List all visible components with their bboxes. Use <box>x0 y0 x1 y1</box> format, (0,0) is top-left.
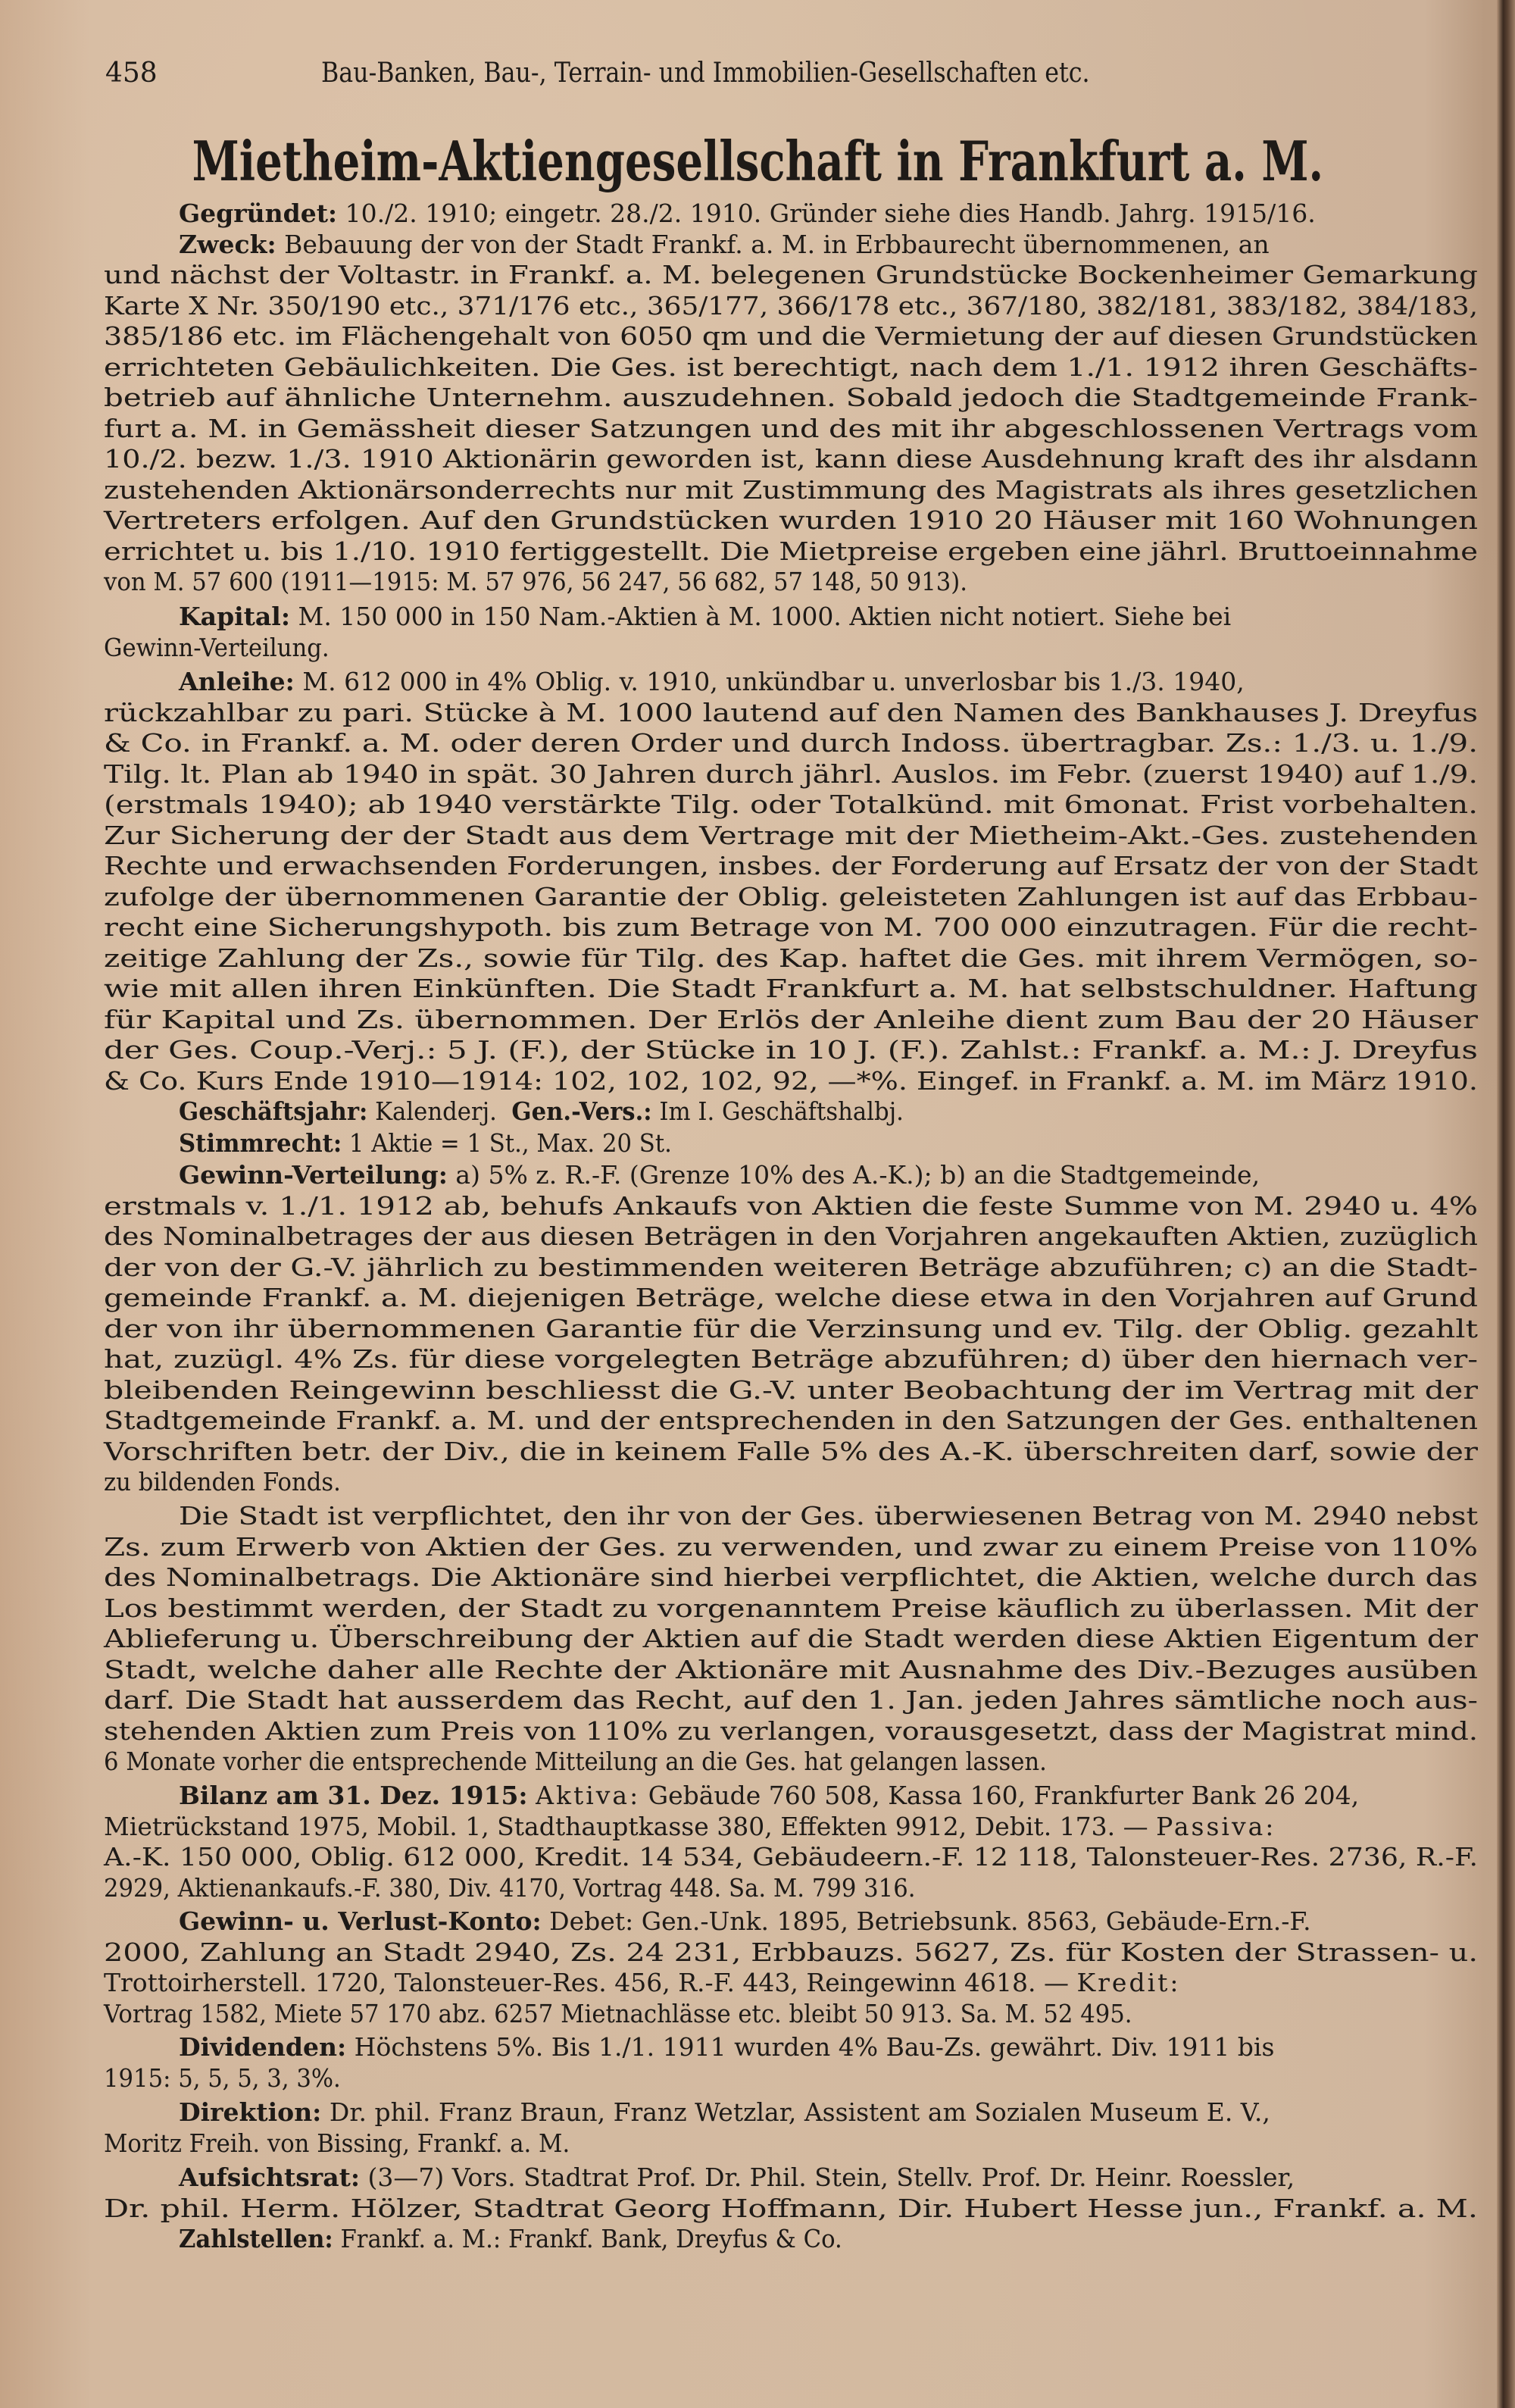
text-line: (3—7) Vors. Stadtrat Prof. Dr. Phil. Ste… <box>368 2163 1295 2192</box>
aktiva-label: Aktiva: <box>536 1781 640 1810</box>
text-line: 10./2. 1910; eingetr. 28./2. 1910. Gründ… <box>345 199 1316 228</box>
text-line: Dr. phil. Herm. Hölzer, Stadtrat Georg H… <box>104 2194 1478 2224</box>
company-title: Mietheim-Aktiengesellschaft in Frankfurt… <box>192 129 1323 193</box>
text-line: Gewinn-Verteilung. <box>104 633 1478 663</box>
text-line: Karte X Nr. 350/190 etc., 371/176 etc., … <box>104 291 1478 321</box>
text-line: bleibenden Reingewinn beschliesst die G.… <box>104 1375 1478 1406</box>
text-line: A.-K. 150 000, Oblig. 612 000, Kredit. 1… <box>104 1842 1478 1872</box>
text-line: zustehenden Aktionärsonderrechts nur mit… <box>104 475 1478 505</box>
section-label: Geschäftsjahr: <box>179 1096 367 1126</box>
text-line: der von der G.-V. jährlich zu bestimmend… <box>104 1252 1478 1283</box>
section-label: Gen.-Vers.: <box>511 1096 651 1126</box>
text-line: Stadt, welche daher alle Rechte der Akti… <box>104 1655 1478 1685</box>
text-line: des Nominalbetrages der aus diesen Beträ… <box>104 1221 1478 1252</box>
text-line: stehenden Aktien zum Preis von 110% zu v… <box>104 1716 1478 1747</box>
passiva-label: Passiva: <box>1156 1812 1276 1841</box>
text-line: & Co. in Frankf. a. M. oder deren Order … <box>104 728 1478 758</box>
text-line: M. 150 000 in 150 Nam.-Aktien à M. 1000.… <box>298 602 1232 631</box>
text-line: erstmals v. 1./1. 1912 ab, behufs Ankauf… <box>104 1191 1478 1221</box>
text-line: gemeinde Frankf. a. M. diejenigen Beträg… <box>104 1283 1478 1313</box>
text-line: darf. Die Stadt hat ausserdem das Recht,… <box>104 1685 1478 1715</box>
text-line: Zs. zum Erwerb von Aktien der Ges. zu ve… <box>104 1532 1478 1562</box>
section-label: Zahlstellen: <box>179 2224 333 2253</box>
text-line: Mietrückstand 1975, Mobil. 1, Stadthaupt… <box>104 1812 1148 1841</box>
page-edge <box>1497 0 1515 2408</box>
page-title: Mietheim-Aktiengesellschaft in Frankfurt… <box>0 129 1515 193</box>
text-line: Vorschriften betr. der Div., die in kein… <box>104 1437 1478 1467</box>
section-anleihe: Anleihe: M. 612 000 in 4% Oblig. v. 1910… <box>179 667 1478 697</box>
page-header: 458 Bau-Banken, Bau-, Terrain- und Immob… <box>105 58 1257 95</box>
text-line: 10./2. bezw. 1./3. 1910 Aktionärin gewor… <box>104 444 1478 474</box>
text-line: betrieb auf ähnliche Unternehm. auszudeh… <box>104 383 1478 413</box>
text-line: M. 612 000 in 4% Oblig. v. 1910, unkündb… <box>302 667 1244 696</box>
text-line: für Kapital und Zs. übernommen. Der Erlö… <box>104 1005 1478 1035</box>
text-line: Gen.-Unk. 1895, Betriebsunk. 8563, Gebäu… <box>642 1906 1311 1936</box>
text-line: Zur Sicherung der der Stadt aus dem Vert… <box>104 821 1478 851</box>
text-line: Vortrag 1582, Miete 57 170 abz. 6257 Mie… <box>104 1999 1478 2029</box>
text-line: Bebauung der von der Stadt Frankf. a. M.… <box>284 230 1270 259</box>
text-line: und nächst der Voltastr. in Frankf. a. M… <box>104 260 1478 290</box>
section-label: Gegründet: <box>179 199 337 228</box>
text-line: Höchstens 5%. Bis 1./1. 1911 wurden 4% B… <box>355 2032 1275 2062</box>
text-value: Im I. Geschäftshalbj. <box>659 1096 904 1126</box>
section-gewinn-verteilung: Gewinn-Verteilung: a) 5% z. R.-F. (Grenz… <box>179 1160 1478 1190</box>
section-gewinn-verlust: Gewinn- u. Verlust-Konto: Debet: Gen.-Un… <box>179 1906 1478 1937</box>
text-line: von M. 57 600 (1911—1915: M. 57 976, 56 … <box>104 567 1478 597</box>
text-line: 2000, Zahlung an Stadt 2940, Zs. 24 231,… <box>104 1937 1478 1968</box>
text-line: Los bestimmt werden, der Stadt zu vorgen… <box>104 1593 1478 1624</box>
section-bilanz: Bilanz am 31. Dez. 1915: Aktiva: Gebäude… <box>179 1781 1478 1811</box>
section-label: Zweck: <box>179 230 276 259</box>
text-line: des Nominalbetrags. Die Aktionäre sind h… <box>104 1562 1478 1593</box>
text-line: 2929, Aktienankaufs.-F. 380, Div. 4170, … <box>104 1873 1478 1903</box>
section-label: Aufsichtsrat: <box>179 2163 360 2192</box>
text-line: Trottoirherstell. 1720, Talonsteuer-Res.… <box>104 1968 1069 1997</box>
text-line: zufolge der übernommenen Garantie der Ob… <box>104 882 1478 912</box>
text-line: Vertreters erfolgen. Auf den Grundstücke… <box>104 505 1478 536</box>
section-direktion: Direktion: Dr. phil. Franz Braun, Franz … <box>179 2097 1478 2128</box>
text-line: Stadtgemeinde Frankf. a. M. und der ents… <box>104 1406 1478 1436</box>
section-label: Kapital: <box>179 602 290 631</box>
text-line: Rechte und erwachsenden Forderungen, ins… <box>104 851 1478 881</box>
section-gegruendet: Gegründet: 10./2. 1910; eingetr. 28./2. … <box>179 199 1478 229</box>
text-line: Moritz Freih. von Bissing, Frankf. a. M. <box>104 2128 1478 2159</box>
text-line: hat, zuzügl. 4% Zs. für diese vorgelegte… <box>104 1344 1478 1374</box>
section-zahlstellen: Zahlstellen: Frankf. a. M.: Frankf. Bank… <box>179 2224 1478 2254</box>
section-stimmrecht: Stimmrecht: 1 Aktie = 1 St., Max. 20 St. <box>179 1128 1478 1159</box>
section-label: Anleihe: <box>179 667 295 696</box>
text-line: Gebäude 760 508, Kassa 160, Frankfurter … <box>648 1781 1359 1810</box>
text-line: 385/186 etc. im Flächengehalt von 6050 q… <box>104 321 1478 352</box>
section-label: Direktion: <box>179 2097 321 2127</box>
debet-label: Debet: <box>549 1906 633 1936</box>
text-line: Trottoirherstell. 1720, Talonsteuer-Res.… <box>104 1968 1478 1998</box>
text-line: zu bildenden Fonds. <box>104 1467 1478 1497</box>
text-line: (erstmals 1940); ab 1940 verstärkte Tilg… <box>104 790 1478 820</box>
text-value: Kalenderj. <box>375 1096 497 1126</box>
text-line: errichtet u. bis 1./10. 1910 fertiggeste… <box>104 536 1478 567</box>
section-label: Gewinn-Verteilung: <box>179 1160 448 1190</box>
text-line: wie mit allen ihren Einkünften. Die Stad… <box>104 974 1478 1004</box>
page-number: 458 <box>105 58 158 89</box>
text-line: errichteten Gebäulichkeiten. Die Ges. is… <box>104 352 1478 383</box>
section-geschaeftsjahr: Geschäftsjahr: Kalenderj. Gen.-Vers.: Im… <box>179 1096 1478 1127</box>
text-line: 1915: 5, 5, 5, 3, 3%. <box>104 2063 1478 2094</box>
text-line: zeitige Zahlung der Zs., sowie für Tilg.… <box>104 943 1478 974</box>
text-line: Tilg. lt. Plan ab 1940 in spät. 30 Jahre… <box>104 759 1478 790</box>
text-line: Mietrückstand 1975, Mobil. 1, Stadthaupt… <box>104 1812 1478 1842</box>
section-zweck: Zweck: Bebauung der von der Stadt Frankf… <box>179 230 1478 260</box>
kredit-label: Kredit: <box>1076 1968 1180 1997</box>
text-line: der Ges. Coup.-Verj.: 5 J. (F.), der Stü… <box>104 1035 1478 1065</box>
text-line: Die Stadt ist verpflichtet, den ihr von … <box>179 1501 1478 1531</box>
text-line: der von ihr übernommenen Garantie für di… <box>104 1314 1478 1344</box>
text-line: Frankf. a. M.: Frankf. Bank, Dreyfus & C… <box>340 2224 842 2253</box>
section-label: Dividenden: <box>179 2032 346 2062</box>
text-line: furt a. M. in Gemässheit dieser Satzunge… <box>104 414 1478 444</box>
text-line: Ablieferung u. Überschreibung der Aktien… <box>104 1624 1478 1654</box>
section-aufsichtsrat: Aufsichtsrat: (3—7) Vors. Stadtrat Prof.… <box>179 2163 1478 2193</box>
section-label: Gewinn- u. Verlust-Konto: <box>179 1906 542 1936</box>
text-line: a) 5% z. R.-F. (Grenze 10% des A.-K.); b… <box>455 1160 1260 1190</box>
section-label: Stimmrecht: <box>179 1128 342 1158</box>
text-line: 1 Aktie = 1 St., Max. 20 St. <box>349 1128 672 1158</box>
text-line: & Co. Kurs Ende 1910—1914: 102, 102, 102… <box>104 1066 1478 1096</box>
text-line: 6 Monate vorher die entsprechende Mittei… <box>104 1747 1478 1777</box>
running-head: Bau-Banken, Bau-, Terrain- und Immobilie… <box>321 58 1090 89</box>
text-line: rückzahlbar zu pari. Stücke à M. 1000 la… <box>104 698 1478 728</box>
section-label: Bilanz am 31. Dez. 1915: <box>179 1781 528 1810</box>
text-line: Dr. phil. Franz Braun, Franz Wetzlar, As… <box>330 2097 1270 2127</box>
text-line: recht eine Sicherungshypoth. bis zum Bet… <box>104 912 1478 943</box>
section-dividenden: Dividenden: Höchstens 5%. Bis 1./1. 1911… <box>179 2032 1478 2062</box>
section-kapital: Kapital: M. 150 000 in 150 Nam.-Aktien à… <box>179 602 1478 632</box>
